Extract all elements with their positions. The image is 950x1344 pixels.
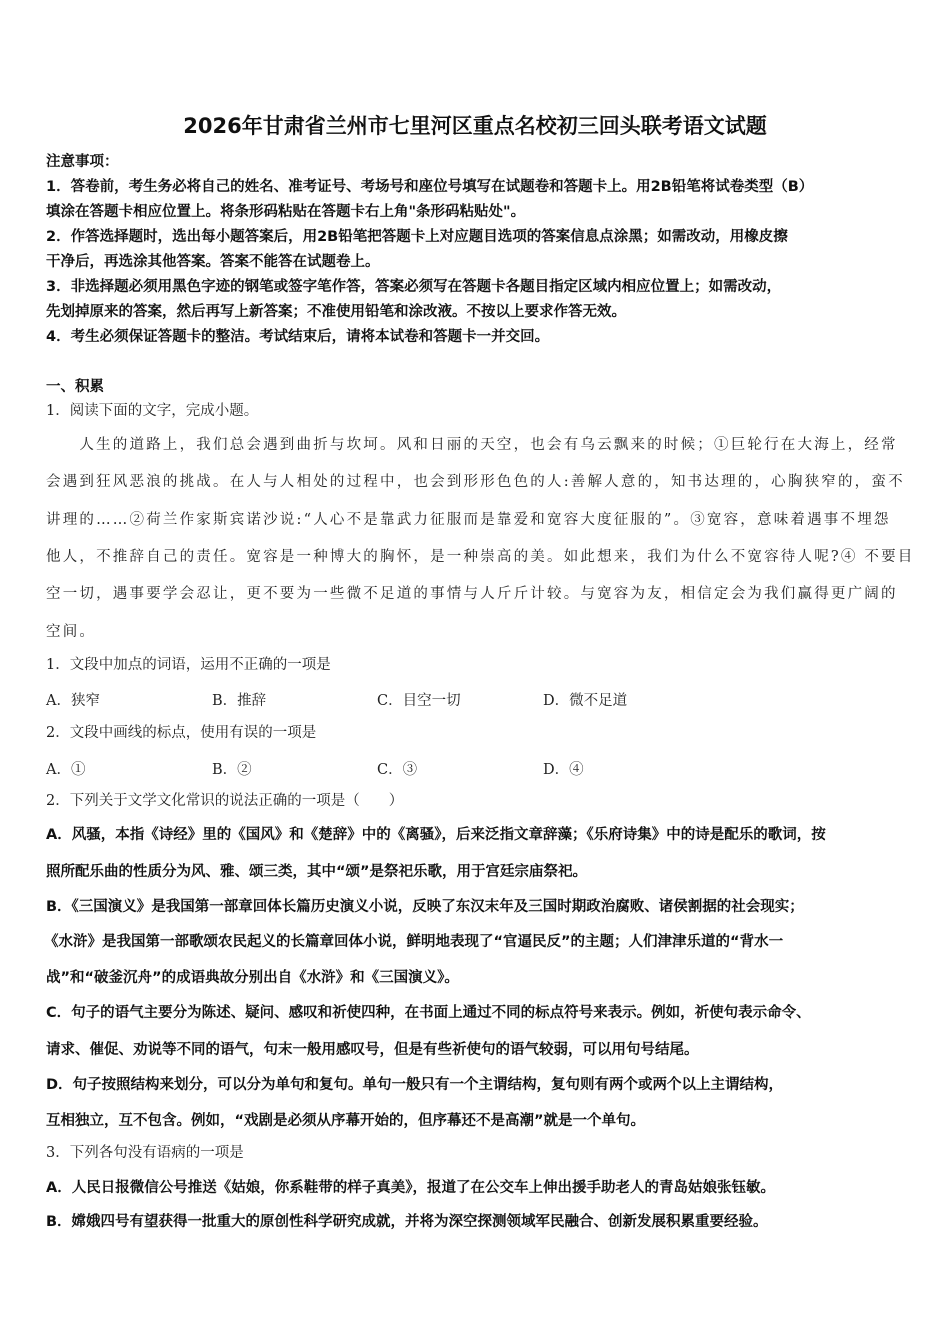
- q2-option-d-line[interactable]: D．句子按照结构来划分，可以分为单句和复句。单句一般只有一个主谓结构，复句则有两…: [46, 1075, 783, 1095]
- notice-line: 先划掉原来的答案，然后再写上新答案；不准使用铅笔和涂改液。不按以上要求作答无效。: [46, 302, 626, 322]
- option-c[interactable]: C．③: [377, 758, 417, 779]
- exam-page: 2026年甘肃省兰州市七里河区重点名校初三回头联考语文试题 注意事项： 1．答卷…: [0, 0, 950, 1344]
- subquestion-1-prompt: 1．文段中加点的词语，运用不正确的一项是: [46, 655, 331, 675]
- passage-line: 讲理的……②荷兰作家斯宾诺沙说:“人心不是靠武力征服而是靠爱和宽容大度征服的”。…: [46, 510, 891, 530]
- q2-option-b-line: 战”和“破釜沉舟”的成语典故分别出自《水浒》和《三国演义》。: [46, 968, 459, 988]
- notice-line: 2．作答选择题时，选出每小题答案后，用2B铅笔把答题卡上对应题目选项的答案信息点…: [46, 227, 788, 247]
- section-heading: 一、积累: [46, 377, 104, 397]
- question-2-prompt: 2．下列关于文学文化常识的说法正确的一项是（ ）: [46, 791, 403, 811]
- q2-option-d-line: 互相独立，互不包含。例如，“戏剧是必须从序幕开始的，但序幕还不是高潮”就是一个单…: [46, 1111, 645, 1131]
- q3-option-b[interactable]: B．嫦娥四号有望获得一批重大的原创性科学研究成就，并将为深空探测领域军民融合、创…: [46, 1212, 768, 1232]
- q2-option-b-text: 《水浒》是我国第一部歌颂农民起义的长篇章回体小说，鲜明地表现了“官逼民反”的主题…: [44, 934, 783, 950]
- q2-option-a-line[interactable]: A．风骚，本指《诗经》里的《国风》和《楚辞》中的《离骚》，后来泛指文章辞藻；《乐…: [46, 825, 826, 845]
- question-1-prompt: 1．阅读下面的文字，完成小题。: [46, 401, 258, 421]
- notice-line: 1．答卷前，考生务必将自己的姓名、准考证号、考场号和座位号填写在试题卷和答题卡上…: [46, 177, 813, 197]
- option-c[interactable]: C．目空一切: [377, 689, 461, 710]
- notice-line: 干净后，再选涂其他答案。答案不能答在试题卷上。: [46, 252, 380, 272]
- option-b[interactable]: B．②: [212, 758, 252, 779]
- question-3-prompt: 3．下列各句没有语病的一项是: [46, 1143, 244, 1163]
- option-d[interactable]: D．微不足道: [543, 689, 627, 710]
- notice-line: 3．非选择题必须用黑色字迹的钢笔或签字笔作答，答案必须写在答题卡各题目指定区域内…: [46, 277, 781, 297]
- q2-option-c-line: 请求、催促、劝说等不同的语气，句末一般用感叹号，但是有些祈使句的语气较弱，可以用…: [46, 1040, 699, 1060]
- passage-line: 他人，不推辞自己的责任。宽容是一种博大的胸怀，是一种崇高的美。如此想来，我们为什…: [46, 547, 914, 567]
- passage-line: 会遇到狂风恶浪的挑战。在人与人相处的过程中，也会到形形色色的人:善解人意的，知书…: [46, 472, 905, 492]
- option-a[interactable]: A．①: [46, 758, 85, 779]
- q3-option-a[interactable]: A．人民日报微信公号推送《姑娘，你系鞋带的样子真美》，报道了在公交车上伸出援手助…: [46, 1178, 775, 1198]
- q2-option-a-line: 照所配乐曲的性质分为风、雅、颂三类，其中“颂”是祭祀乐歌，用于宫廷宗庙祭祀。: [46, 862, 587, 882]
- passage-line: 人生的道路上，我们总会遇到曲折与坎坷。风和日丽的天空，也会有乌云飘来的时候；①巨…: [46, 435, 898, 455]
- passage-line: 空一切，遇事要学会忍让，更不要为一些微不足道的事情与人斤斤计较。与宽容为友，相信…: [46, 584, 898, 604]
- option-d[interactable]: D．④: [543, 758, 584, 779]
- q2-option-b-line: 《水浒》是我国第一部歌颂农民起义的长篇章回体小说，鲜明地表现了“官逼民反”的主题…: [44, 932, 783, 952]
- notice-heading: 注意事项：: [46, 152, 119, 172]
- passage-line: 空间。: [46, 622, 96, 642]
- q2-option-c-line[interactable]: C．句子的语气主要分为陈述、疑问、感叹和祈使四种，在书面上通过不同的标点符号来表…: [46, 1003, 811, 1023]
- option-b[interactable]: B．推辞: [212, 689, 266, 710]
- option-a[interactable]: A．狭窄: [46, 689, 100, 710]
- page-title: 2026年甘肃省兰州市七里河区重点名校初三回头联考语文试题: [0, 110, 950, 140]
- subquestion-2-prompt: 2．文段中画线的标点，使用有误的一项是: [46, 723, 316, 743]
- notice-line: 填涂在答题卡相应位置上。将条形码粘贴在答题卡右上角"条形码粘贴处"。: [46, 202, 525, 222]
- q2-option-b-line[interactable]: B．《三国演义》是我国第一部章回体长篇历史演义小说，反映了东汉末年及三国时期政治…: [46, 897, 804, 917]
- notice-line: 4．考生必须保证答题卡的整洁。考试结束后，请将本试卷和答题卡一并交回。: [46, 327, 549, 347]
